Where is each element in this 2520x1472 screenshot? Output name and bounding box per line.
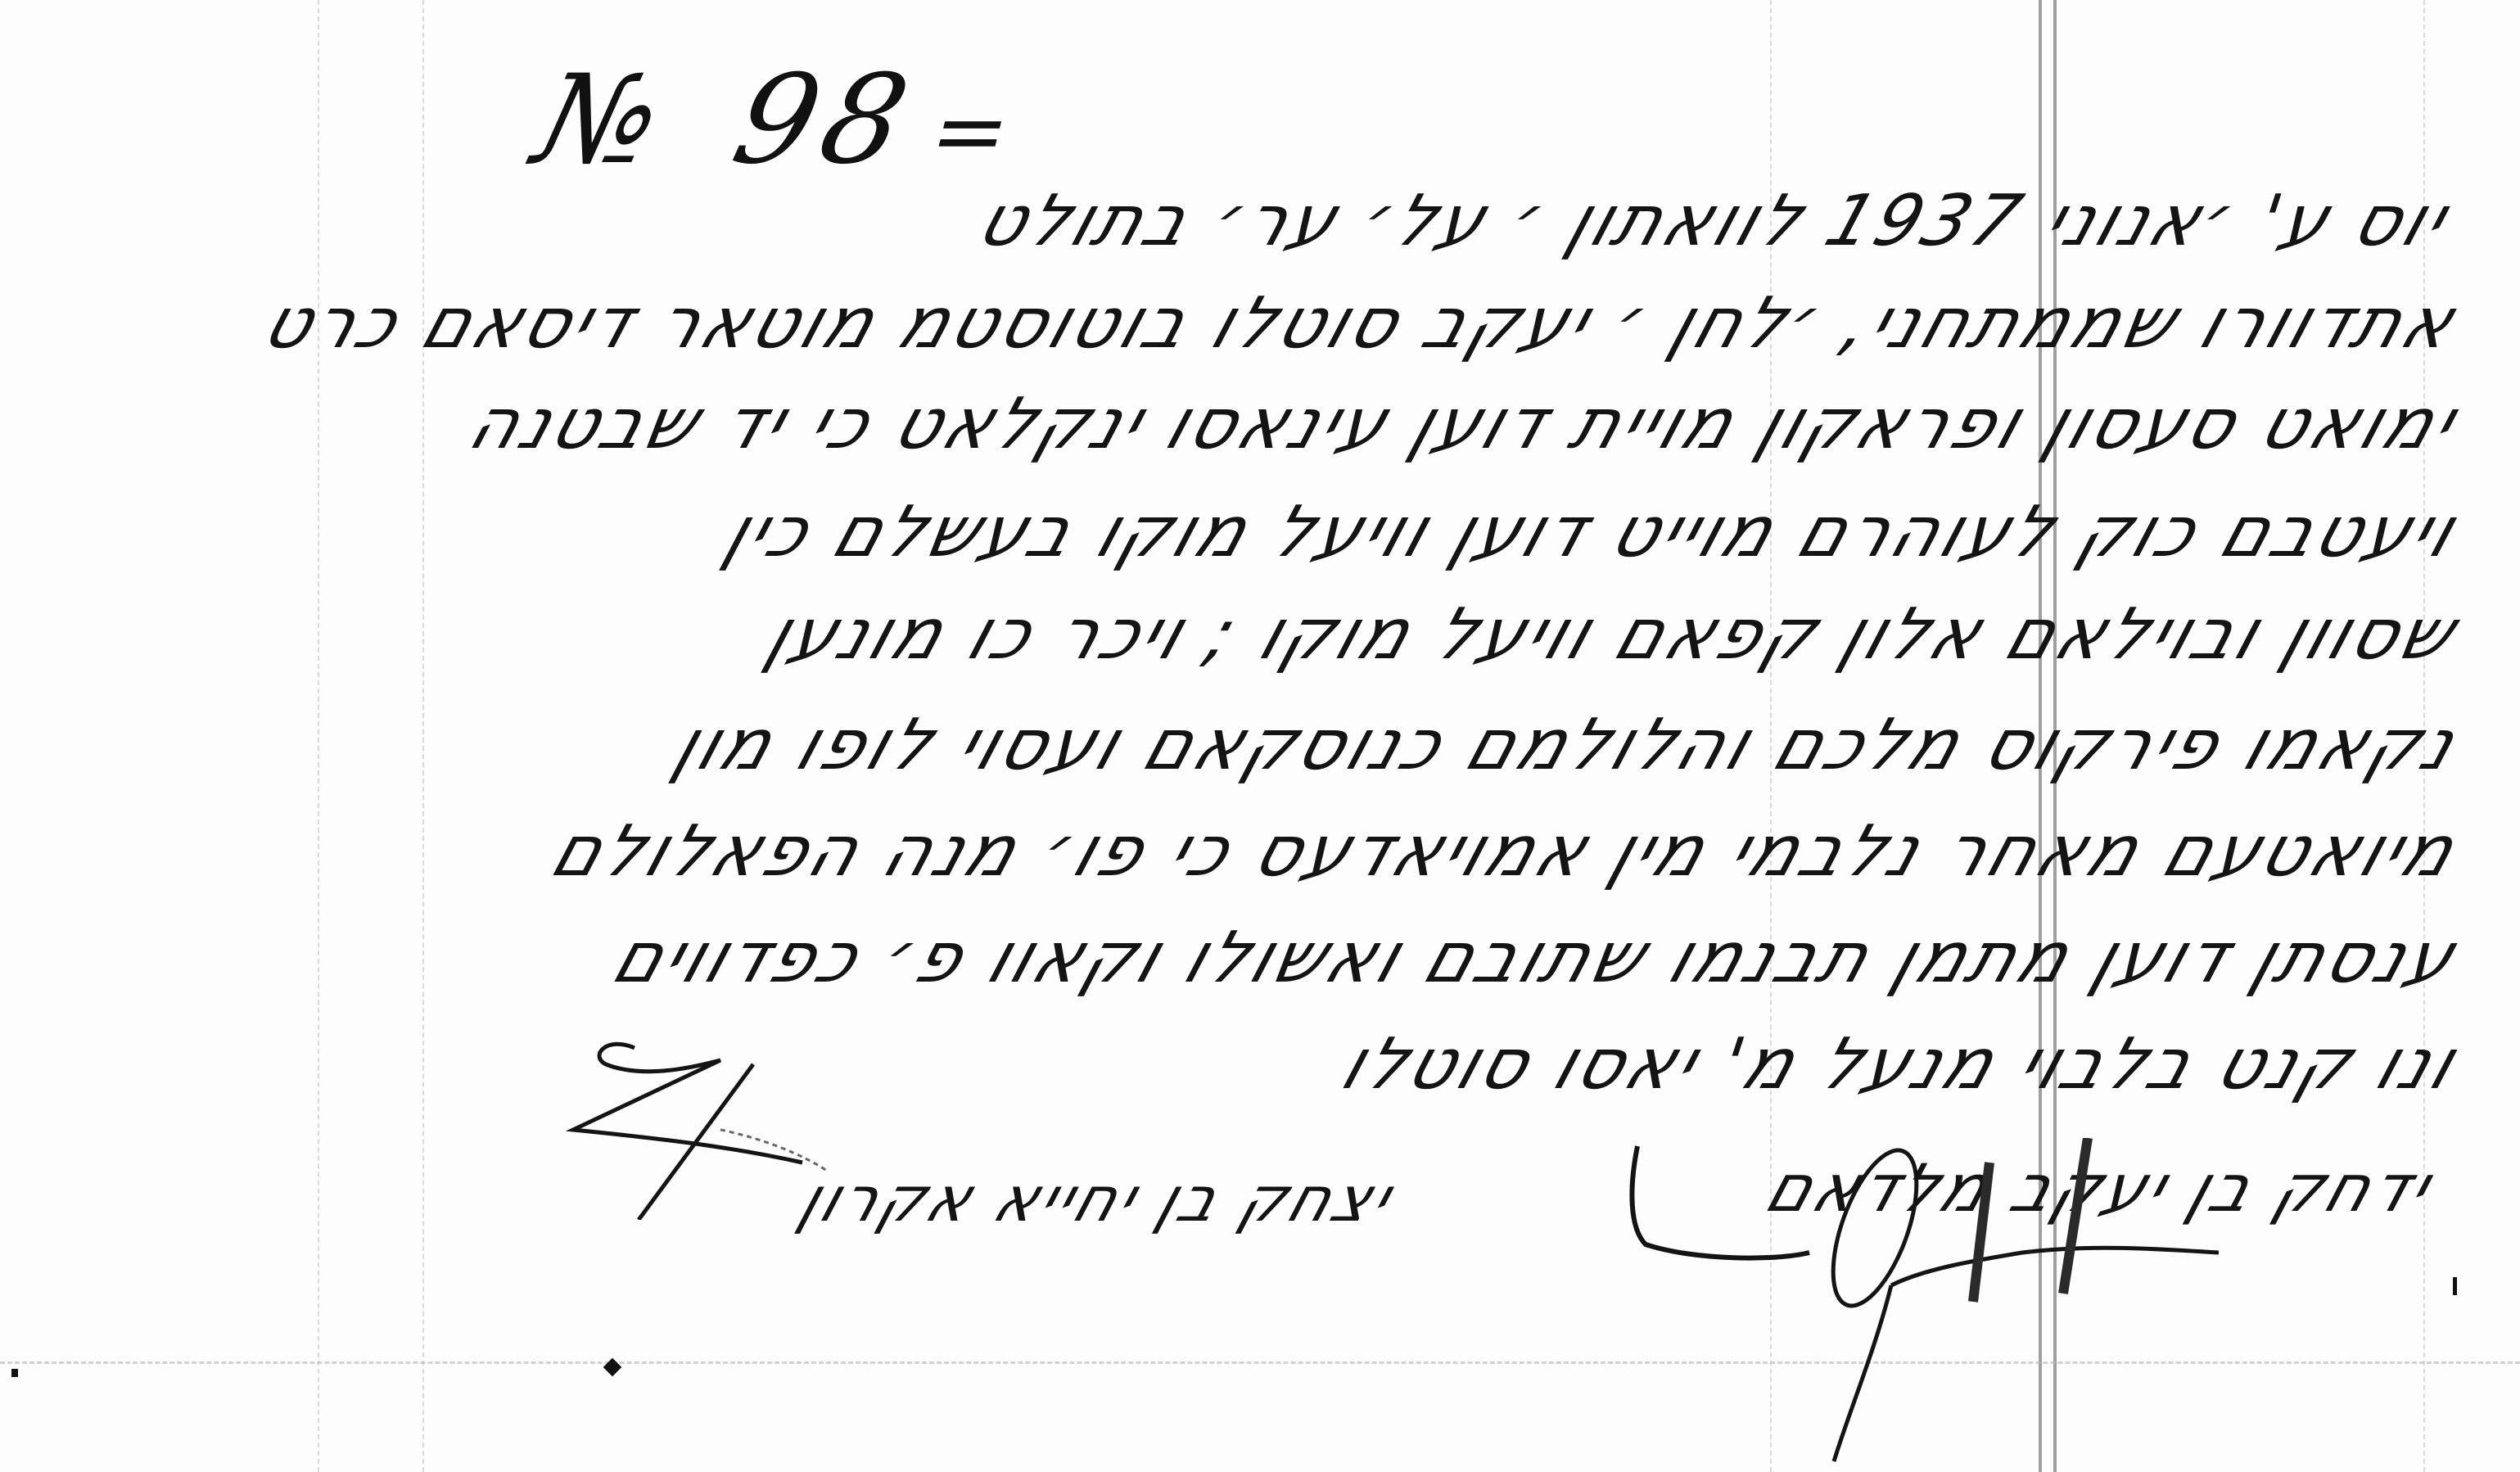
document-number-value: 98 <box>720 49 928 192</box>
body-line-4: שסוון ובוילאם אלון קפאם וויעל מוקו ; ויכ… <box>756 594 2468 675</box>
scanned-page: №98= יוס ע' ׳אנוני 1937 לוואתון ׳ על׳ ער… <box>0 0 2520 1472</box>
ruling-line <box>422 0 424 1472</box>
ruling-line <box>318 0 319 1472</box>
signature-flourish-right <box>1629 1138 2219 1465</box>
number-suffix: = <box>920 79 1030 183</box>
body-line-6: מיואטעם מאחר נלבמי מין אמויאדעס כי פו׳ מ… <box>541 811 2468 892</box>
date-line-text: יוס ע' ׳אנוני 1937 לוואתון ׳ על׳ ער׳ בתו… <box>968 180 2459 262</box>
ink-speck <box>11 1369 18 1377</box>
document-number: №98= <box>522 49 1036 192</box>
body-line-2: ימואט סעסון ופראקון מויית דוען עינאסו ינ… <box>459 383 2468 465</box>
body-line-7: ענסתן דוען מתמן תבנמו שתובם ואשולו וקאוו… <box>602 917 2468 999</box>
body-line-8: ונו קנט בלבוי מנעל מ' יאסו סוטלו <box>1330 1023 2468 1105</box>
number-sign: № <box>522 49 682 192</box>
date-line: יוס ע' ׳אנוני 1937 לוואתון ׳ על׳ ער׳ בתו… <box>968 180 2459 262</box>
body-line-1: אתדוורו שממתחני, ׳לחן ׳ יעקב סוטלו בוטוס… <box>253 282 2468 364</box>
signature-flourish-left <box>557 1032 901 1220</box>
body-line-3: ויעטבם כוק לעוהרם מוייט דוען וויעל מוקו … <box>715 491 2468 573</box>
body-line-5: נקאמו פירקוס מלכם והלולמם כנוסקאם ועסוי … <box>664 704 2468 786</box>
ink-speck <box>2453 1277 2457 1295</box>
